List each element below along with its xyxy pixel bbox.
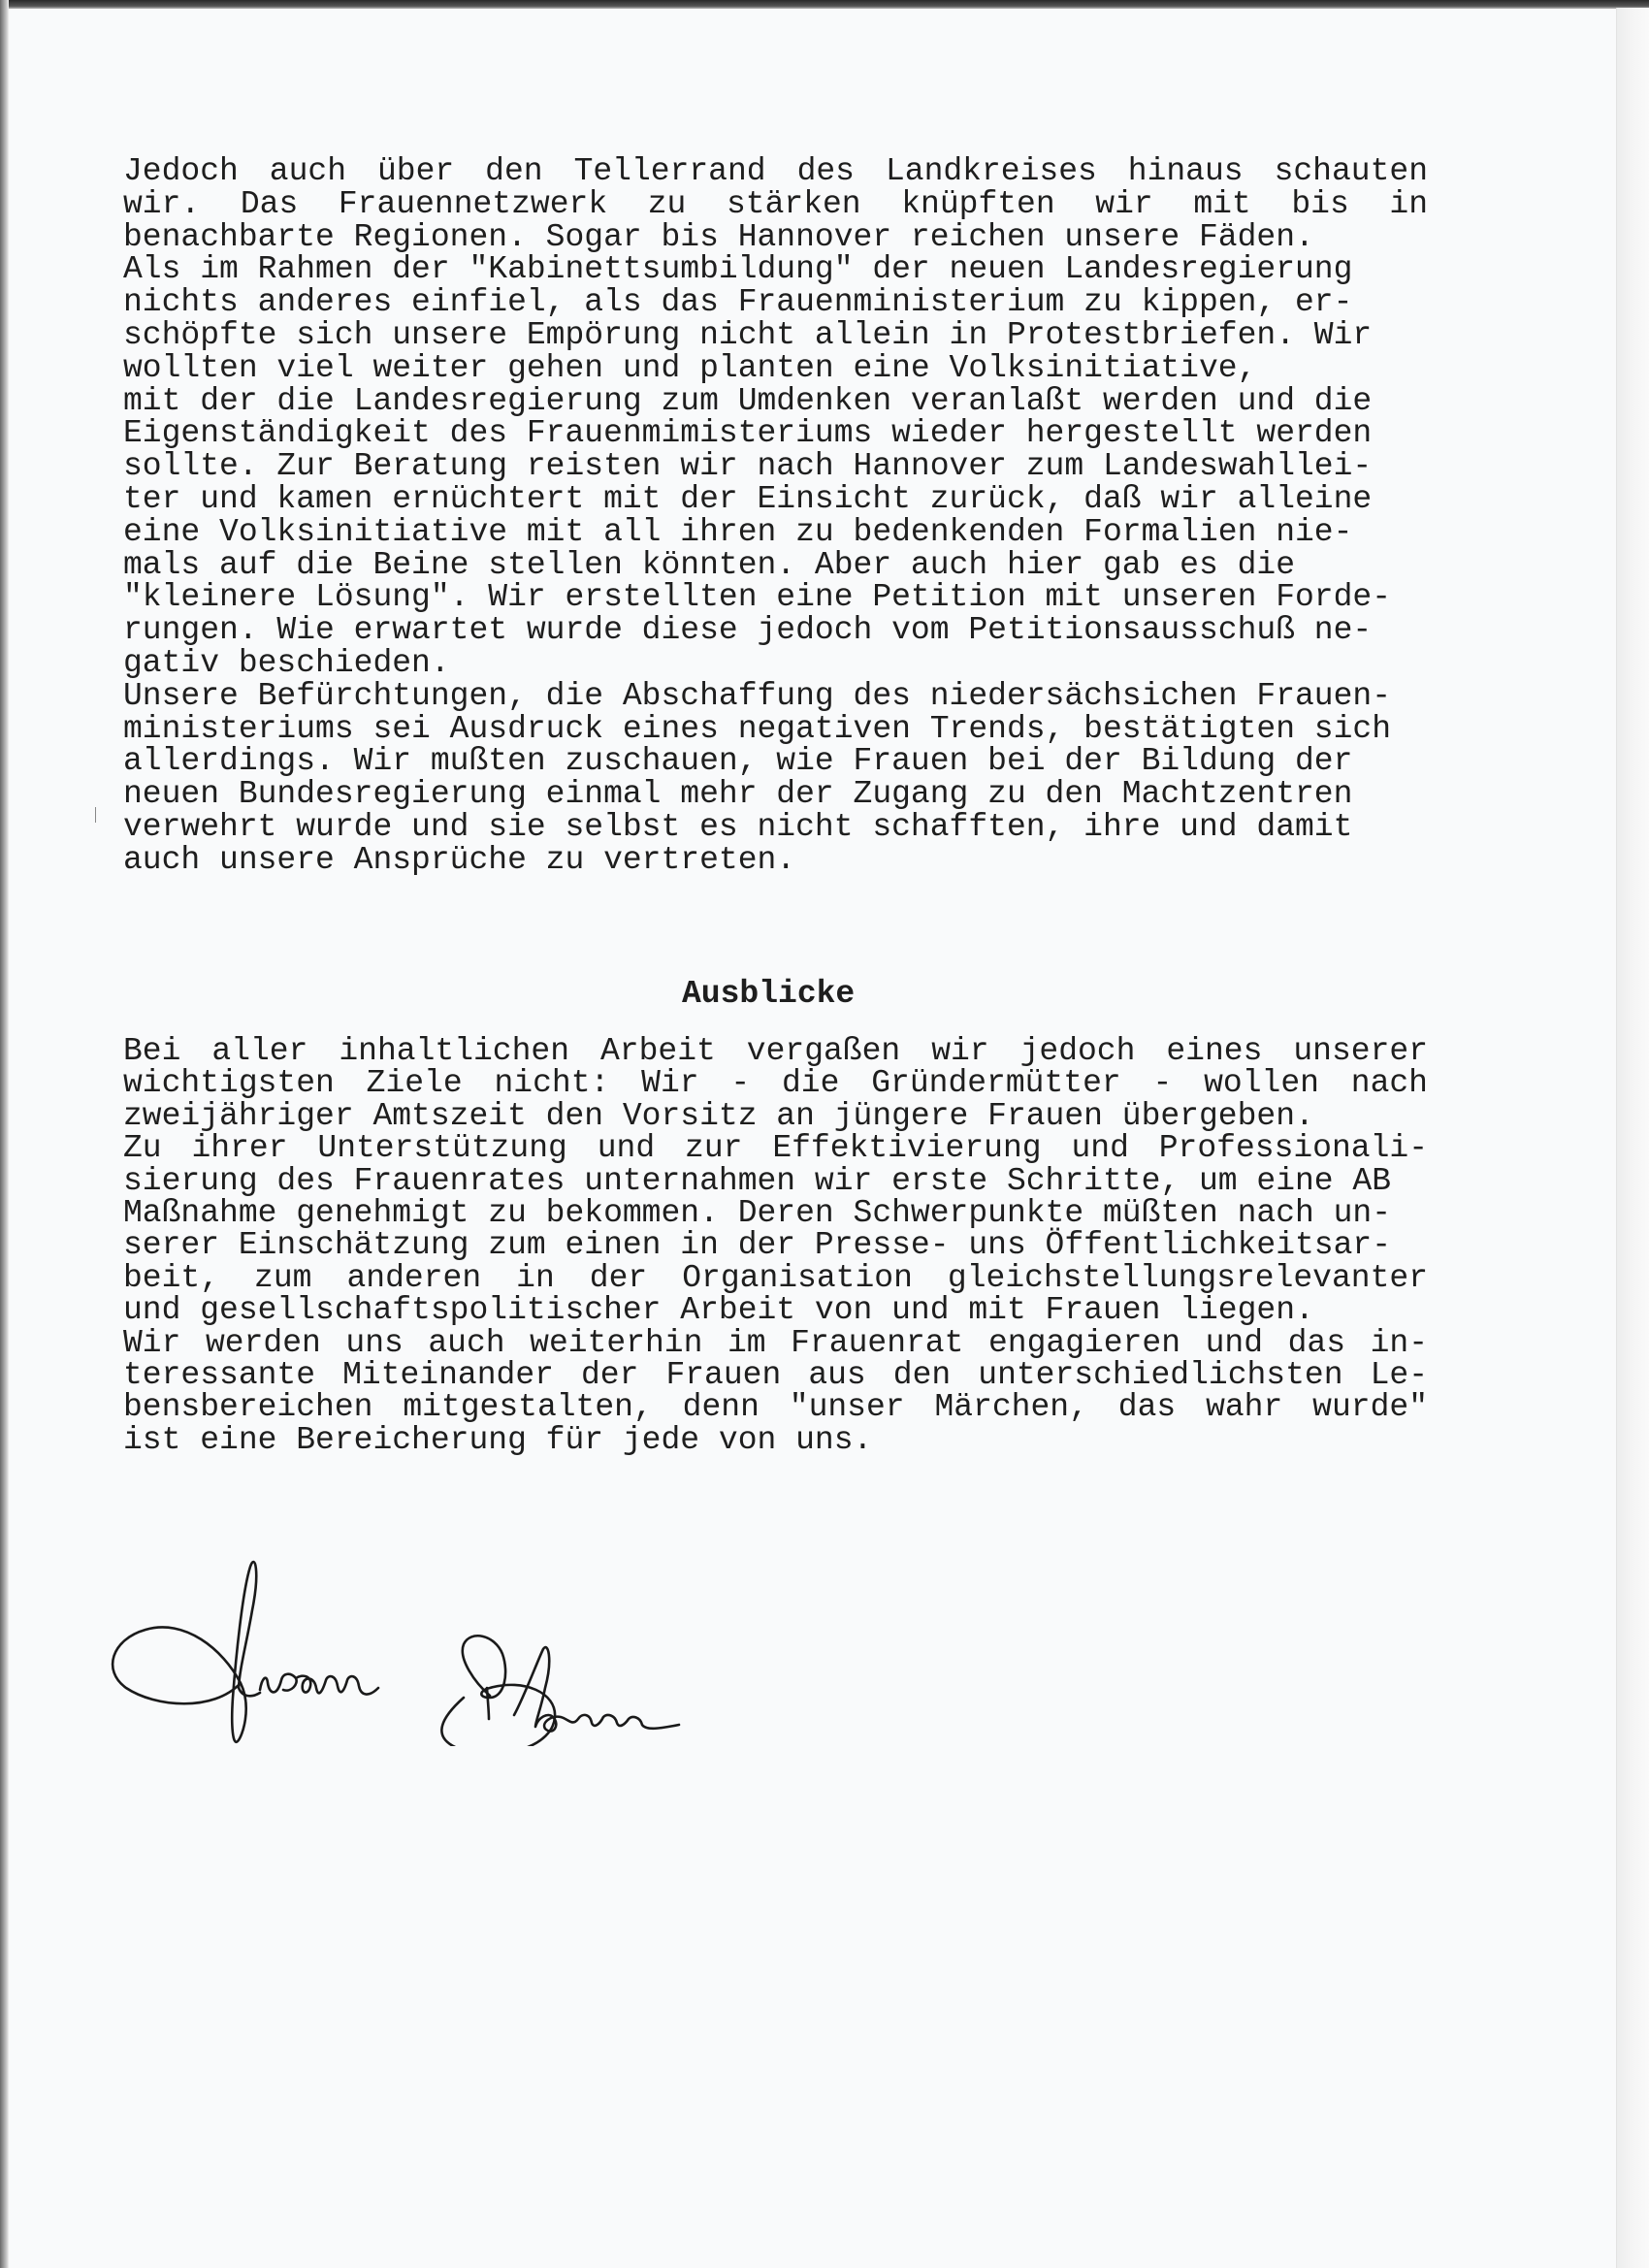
paragraph-2: Bei aller inhaltlichen Arbeit vergaßen w… [123,1035,1428,1456]
text-line: schöpfte sich unsere Empörung nicht alle… [123,319,1428,352]
text-line: mit der die Landesregierung zum Umdenken… [123,385,1428,418]
text-line: sierung des Frauenrates unternahmen wir … [123,1165,1428,1197]
text-line: ist eine Bereicherung für jede von uns. [123,1424,1428,1456]
text-line: zweijähriger Amtszeit den Vorsitz an jün… [123,1100,1428,1132]
text-line: Bei aller inhaltlichen Arbeit vergaßen w… [123,1035,1428,1067]
text-line: bensbereichen mitgestalten, denn "unser … [123,1391,1428,1423]
text-line: mals auf die Beine stellen könnten. Aber… [123,549,1428,582]
text-line: teressante Miteinander der Frauen aus de… [123,1359,1428,1391]
text-line: benachbarte Regionen. Sogar bis Hannover… [123,221,1428,254]
text-line: Unsere Befürchtungen, die Abschaffung de… [123,680,1428,713]
text-line: wir. Das Frauennetzwerk zu stärken knüpf… [123,188,1428,221]
text-line: ter und kamen ernüchtert mit der Einsich… [123,483,1428,516]
scan-border-right [1616,8,1649,2268]
text-line: Eigenständigkeit des Frauenmimisteriums … [123,417,1428,450]
signature-icon [97,1552,795,1746]
text-line: eine Volksinitiative mit all ihren zu be… [123,516,1428,549]
text-line: Zu ihrer Unterstützung und zur Effektivi… [123,1132,1428,1164]
section-heading-text: Ausblicke [682,976,855,1012]
text-line: auch unsere Ansprüche zu vertreten. [123,844,1428,877]
text-line: "kleinere Lösung". Wir erstellten eine P… [123,581,1428,614]
text-line: Maßnahme genehmigt zu bekommen. Deren Sc… [123,1197,1428,1229]
scan-border-top [0,0,1649,9]
text-line: rungen. Wie erwartet wurde diese jedoch … [123,614,1428,647]
text-line: allerdings. Wir mußten zuschauen, wie Fr… [123,745,1428,778]
text-line: und gesellschaftspolitischer Arbeit von … [123,1294,1428,1326]
text-line: nichts anderes einfiel, als das Frauenmi… [123,286,1428,319]
text-line: beit, zum anderen in der Organisation gl… [123,1262,1428,1294]
text-line: Wir werden uns auch weiterhin im Frauenr… [123,1327,1428,1359]
text-line: ministeriums sei Ausdruck eines negative… [123,713,1428,746]
text-line: wollten viel weiter gehen und planten ei… [123,352,1428,385]
text-line: Jedoch auch über den Tellerrand des Land… [123,155,1428,188]
scan-border-left [0,0,9,2268]
text-line: serer Einschätzung zum einen in der Pres… [123,1229,1428,1261]
text-line: verwehrt wurde und sie selbst es nicht s… [123,811,1428,844]
text-line: gativ beschieden. [123,647,1428,680]
text-line: neuen Bundesregierung einmal mehr der Zu… [123,778,1428,811]
margin-mark [95,807,96,823]
text-line: Als im Rahmen der "Kabinettsumbildung" d… [123,253,1428,286]
text-line: wichtigsten Ziele nicht: Wir - die Gründ… [123,1067,1428,1099]
paragraph-1: Jedoch auch über den Tellerrand des Land… [123,155,1428,877]
text-line: sollte. Zur Beratung reisten wir nach Ha… [123,450,1428,483]
